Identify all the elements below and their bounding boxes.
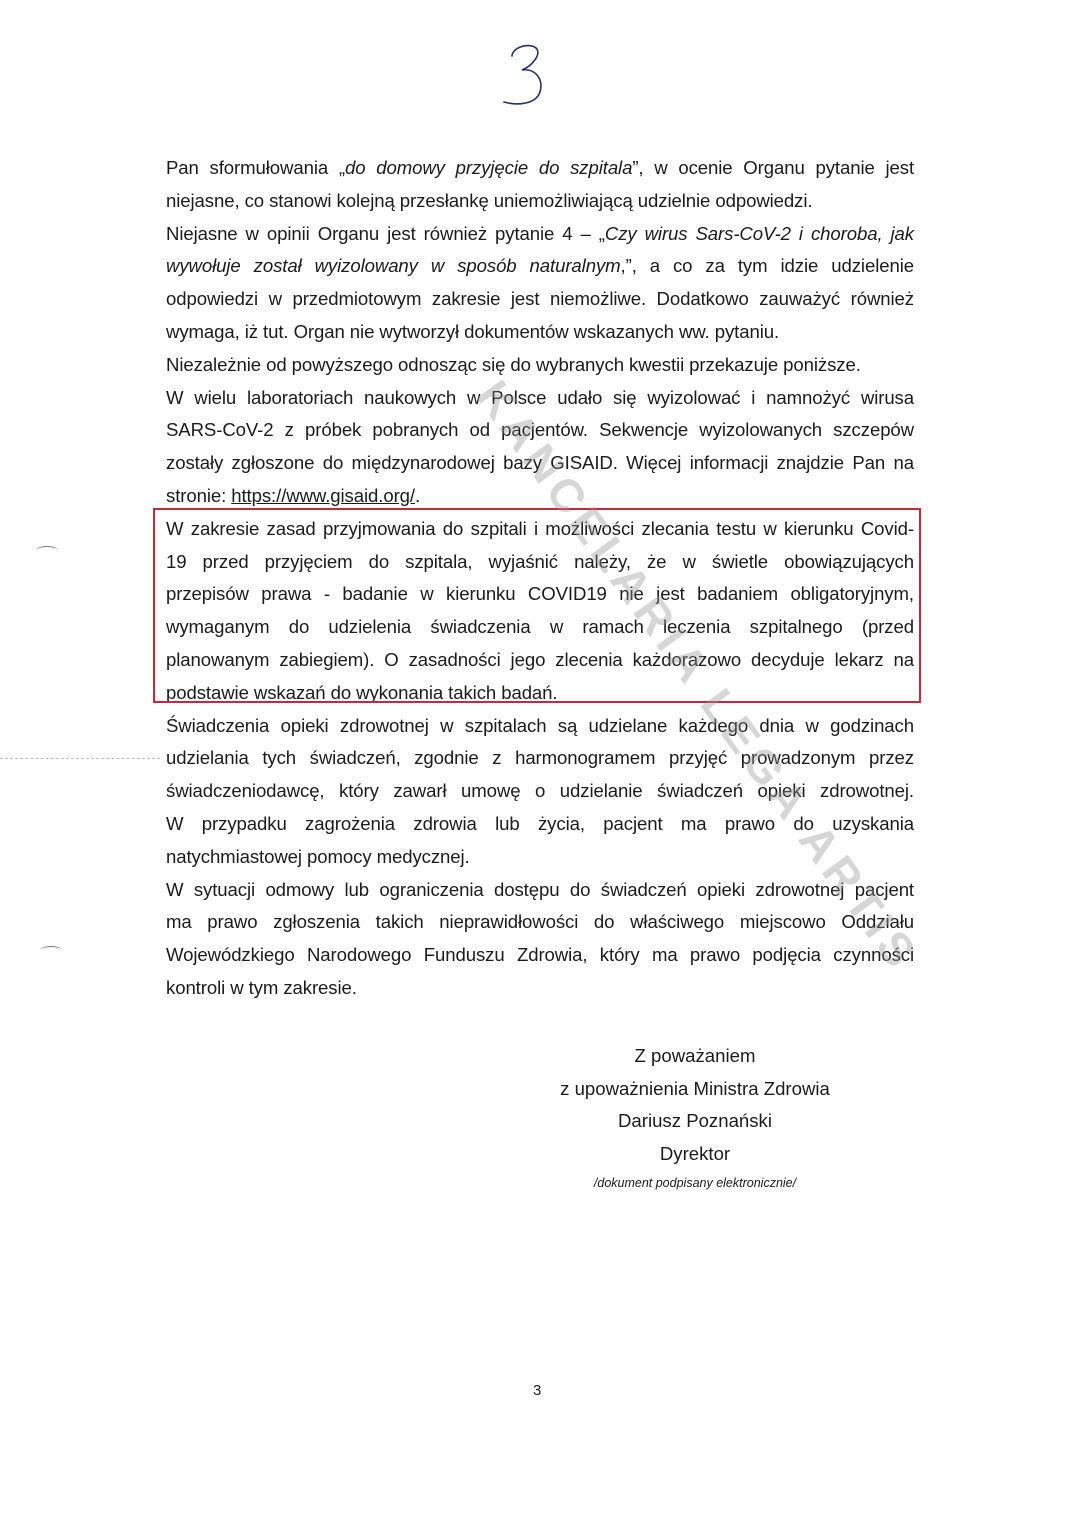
- text-line: W zakresie zasad przyjmowania do szpital…: [166, 513, 914, 546]
- text-run: ,”, a co za tym idzie udzielenie: [621, 255, 914, 276]
- paragraph-gisaid: W wielu laboratoriach naukowych w Polsce…: [166, 382, 914, 513]
- text-line: planowanym zabiegiem). O zasadności jego…: [166, 644, 914, 677]
- text-line: W wielu laboratoriach naukowych w Polsce…: [166, 382, 914, 415]
- text-run: .: [415, 485, 420, 506]
- text-line: udzielania tych świadczeń, zgodnie z har…: [166, 742, 914, 775]
- text-line: 19 przed przyjęciem do szpitala, wyjaśni…: [166, 546, 914, 579]
- paragraph-nfz-complaint: W sytuacji odmowy lub ograniczenia dostę…: [166, 874, 914, 1005]
- signatory-name: Dariusz Poznański: [540, 1105, 850, 1138]
- text-line: stronie: https://www.gisaid.org/.: [166, 480, 914, 513]
- letter-body: Pan sformułowania „do domowy przyjęcie d…: [166, 152, 914, 1005]
- text-run: Niejasne w opinii Organu jest również py…: [166, 223, 605, 244]
- scan-hole-mark: [36, 546, 58, 555]
- text-line: natychmiastowej pomocy medycznej.: [166, 841, 914, 874]
- quoted-question: Czy wirus Sars-CoV-2 i choroba, jak: [605, 223, 914, 244]
- text-line: Świadczenia opieki zdrowotnej w szpitala…: [166, 710, 914, 743]
- text-line: W sytuacji odmowy lub ograniczenia dostę…: [166, 874, 914, 907]
- paragraph-covid-test-highlighted: W zakresie zasad przyjmowania do szpital…: [166, 513, 914, 710]
- quoted-phrase: do domowy przyjęcie do szpitala: [345, 157, 632, 178]
- text-line: wymaga, iż tut. Organ nie wytworzył doku…: [166, 316, 914, 349]
- scan-hole-mark: [40, 946, 62, 955]
- paragraph-hospital-services: Świadczenia opieki zdrowotnej w szpitala…: [166, 710, 914, 874]
- quoted-question: wywołuje został wyizolowany w sposób nat…: [166, 255, 621, 276]
- paragraph-question-4: Niejasne w opinii Organu jest również py…: [166, 218, 914, 349]
- electronic-signature-note: /dokument podpisany elektronicznie/: [540, 1170, 850, 1196]
- paragraph-unclear-question: Pan sformułowania „do domowy przyjęcie d…: [166, 152, 914, 218]
- document-page: Pan sformułowania „do domowy przyjęcie d…: [0, 0, 1086, 1536]
- page-number: 3: [533, 1382, 541, 1399]
- text-line: podstawie wskazań do wykonania takich ba…: [166, 677, 914, 710]
- text-line: odpowiedzi w przedmiotowym zakresie jest…: [166, 283, 914, 316]
- text-line: Niezależnie od powyższego odnosząc się d…: [166, 349, 914, 382]
- signature-block: Z poważaniem z upoważnienia Ministra Zdr…: [540, 1040, 850, 1196]
- text-line: zostały zgłoszone do międzynarodowej baz…: [166, 447, 914, 480]
- signatory-title: Dyrektor: [540, 1138, 850, 1171]
- text-line: SARS-CoV-2 z próbek pobranych od pacjent…: [166, 414, 914, 447]
- text-line: Wojewódzkiego Narodowego Funduszu Zdrowi…: [166, 939, 914, 972]
- scan-fold-line: [0, 758, 160, 759]
- text-line: W przypadku zagrożenia zdrowia lub życia…: [166, 808, 914, 841]
- handwritten-page-number: [498, 38, 554, 110]
- text-line: przepisów prawa - badanie w kierunku COV…: [166, 578, 914, 611]
- text-run: ”, w ocenie Organu pytanie jest: [632, 157, 914, 178]
- text-line: świadczeniodawcę, który zawarł umowę o u…: [166, 775, 914, 808]
- text-line: wywołuje został wyizolowany w sposób nat…: [166, 250, 914, 283]
- text-line: kontroli w tym zakresie.: [166, 972, 914, 1005]
- text-line: Niejasne w opinii Organu jest również py…: [166, 218, 914, 251]
- salutation: Z poważaniem: [540, 1040, 850, 1073]
- text-line: ma prawo zgłoszenia takich nieprawidłowo…: [166, 906, 914, 939]
- text-run: stronie:: [166, 485, 231, 506]
- text-line: niejasne, co stanowi kolejną przesłankę …: [166, 185, 914, 218]
- paragraph-transition: Niezależnie od powyższego odnosząc się d…: [166, 349, 914, 382]
- text-line: Pan sformułowania „do domowy przyjęcie d…: [166, 152, 914, 185]
- text-run: Pan sformułowania „: [166, 157, 345, 178]
- authority-line: z upoważnienia Ministra Zdrowia: [540, 1073, 850, 1106]
- text-line: wymaganym do udzielenia świadczenia w ra…: [166, 611, 914, 644]
- gisaid-link[interactable]: https://www.gisaid.org/: [231, 485, 415, 506]
